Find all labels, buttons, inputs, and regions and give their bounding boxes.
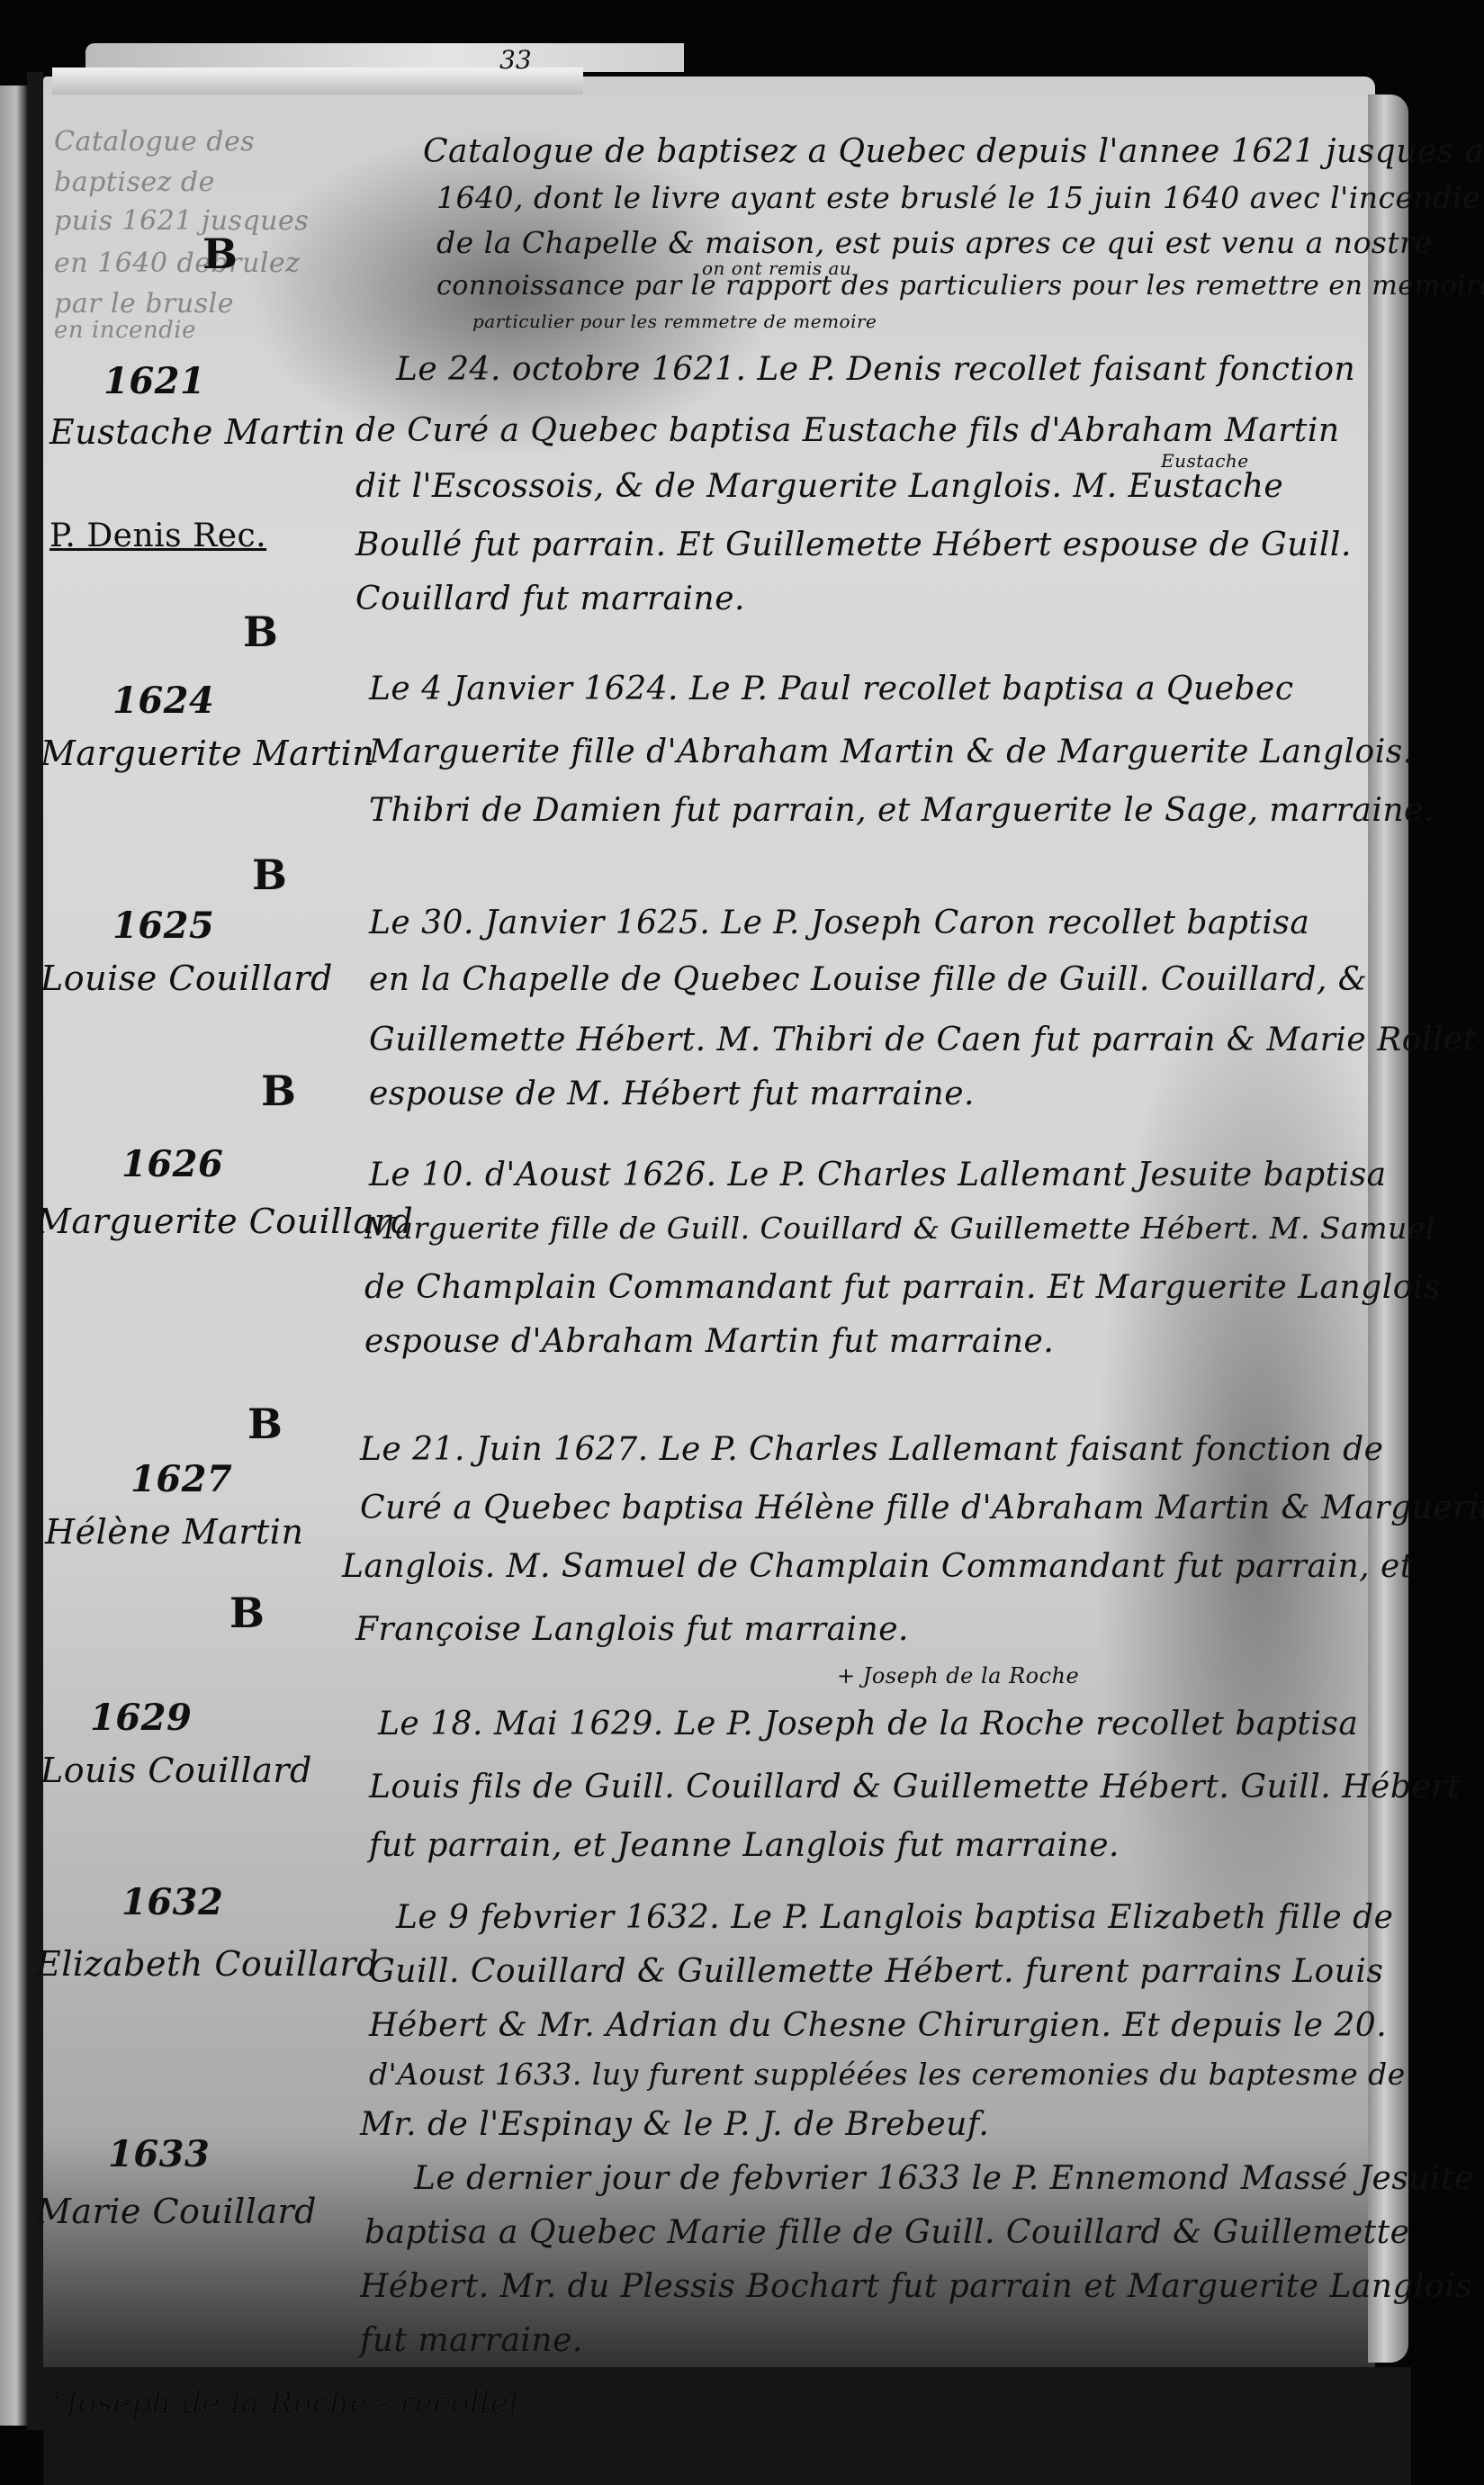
baptism-mark: B [243,608,278,656]
entry-line: Le 10. d'Aoust 1626. Le P. Charles Lalle… [369,1157,1387,1193]
entry-line: en la Chapelle de Quebec Louise fille de… [369,961,1367,998]
header-line-1: Catalogue de baptisez a Quebec depuis l'… [423,133,1484,170]
entry-line: Le 30. Janvier 1625. Le P. Joseph Caron … [369,905,1309,941]
header-line-4: connoissance par le rapport des particul… [436,270,1484,302]
entry-year: 1626 [121,1143,223,1185]
entry-line: Curé a Quebec baptisa Hélène fille d'Abr… [360,1490,1484,1526]
entry-line: Thibri de Damien fut parrain, et Marguer… [369,792,1435,829]
entry-line: fut marraine. [360,2322,583,2359]
baptism-mark: B [247,1400,283,1448]
entry-year: 1627 [130,1458,232,1500]
entry-line: d'Aoust 1633. luy furent suppléées les c… [369,2057,1406,2092]
entry-line: Langlois. M. Samuel de Champlain Command… [342,1548,1414,1585]
entry-margin-name: Marie Couillard [36,2192,317,2231]
faded-margin-line-5: par le brusle [54,288,234,320]
entry-line: Boullé fut parrain. Et Guillemette Héber… [355,527,1352,563]
header-line-2: 1640, dont le livre ayant este bruslé le… [436,180,1480,215]
baptism-mark: B [202,230,238,278]
entry-line: Le 18. Mai 1629. Le P. Joseph de la Roch… [378,1706,1358,1742]
entry-line: dit l'Escossois, & de Marguerite Langloi… [355,468,1283,505]
entry-line: Mr. de l'Espinay & le P. J. de Brebeuf. [360,2106,989,2143]
entry-line: Le 21. Juin 1627. Le P. Charles Lalleman… [360,1431,1383,1468]
entry-line: de Champlain Commandant fut parrain. Et … [364,1269,1441,1306]
entry-line: Marguerite fille d'Abraham Martin & de M… [369,734,1414,770]
entry-year: 1621 [103,360,205,402]
baptism-mark-secondary: B [229,1589,265,1637]
entry-margin-name: Elizabeth Couillard [36,1944,379,1984]
entry-line: Le 9 febvrier 1632. Le P. Langlois bapti… [396,1899,1393,1936]
entry-line: Le dernier jour de febvrier 1633 le P. E… [414,2160,1474,2197]
header-line-3: de la Chapelle & maison, est puis apres … [436,225,1432,260]
entry-line: Hébert. Mr. du Plessis Bochart fut parra… [360,2268,1472,2305]
entry-margin-note: P. Denis Rec. [49,518,266,554]
entry-line: Hébert & Mr. Adrian du Chesne Chirurgien… [369,2007,1387,2044]
entry-line: espouse d'Abraham Martin fut marraine. [364,1323,1054,1360]
baptism-mark: B [252,851,287,899]
entry-line: espouse de M. Hébert fut marraine. [369,1076,975,1112]
entry-margin-name: Marguerite Couillard [36,1202,413,1241]
entry-line: baptisa a Quebec Marie fille de Guill. C… [364,2214,1409,2251]
header-interlinear-note-2: particulier pour les remmetre de memoire [472,311,877,332]
entry-margin-name: Hélène Martin [45,1512,303,1552]
faded-margin-line-4: en 1640 debrulez [54,248,300,279]
left-page-edge [0,86,27,2426]
footnote: *Joseph de la Roche - récollet [49,2385,521,2421]
entry-margin-name: Louis Couillard [40,1751,312,1790]
entry-margin-name: Marguerite Martin [40,734,374,773]
faded-margin-line-3: puis 1621 jusques [54,205,309,237]
entry-line: Guillemette Hébert. M. Thibri de Caen fu… [369,1022,1477,1058]
faded-margin-line-6: en incendie [54,317,196,344]
book-spine [27,72,43,2430]
entry-line: Guill. Couillard & Guillemette Hébert. f… [369,1953,1383,1990]
entry-line: de Curé a Quebec baptisa Eustache fils d… [355,412,1340,449]
entry-line: Le 24. octobre 1621. Le P. Denis recolle… [396,351,1355,388]
entry-year: 1633 [108,2133,210,2175]
entry-year: 1629 [90,1697,192,1739]
entry-line: Louis fils de Guill. Couillard & Guillem… [369,1769,1461,1805]
entry-year: 1632 [121,1881,223,1923]
entry-year: 1624 [112,680,214,722]
entry-line: Françoise Langlois fut marraine. [355,1611,909,1648]
baptism-mark: B [261,1067,296,1115]
page-number: 33 [499,45,532,75]
entry-margin-name: Louise Couillard [40,959,333,998]
entry-year: 1625 [112,905,214,947]
entry-line: Couillard fut marraine. [355,581,745,617]
entry-margin-name: Eustache Martin [49,412,346,452]
entry-line: Marguerite fille de Guill. Couillard & G… [364,1211,1435,1246]
entry-insertion-note: + Joseph de la Roche [837,1663,1079,1688]
entry-line: fut parrain, et Jeanne Langlois fut marr… [369,1827,1120,1864]
faded-margin-line-1: Catalogue des [54,126,255,158]
entry-line: Le 4 Janvier 1624. Le P. Paul recollet b… [369,671,1294,707]
faded-margin-line-2: baptisez de [54,167,215,198]
